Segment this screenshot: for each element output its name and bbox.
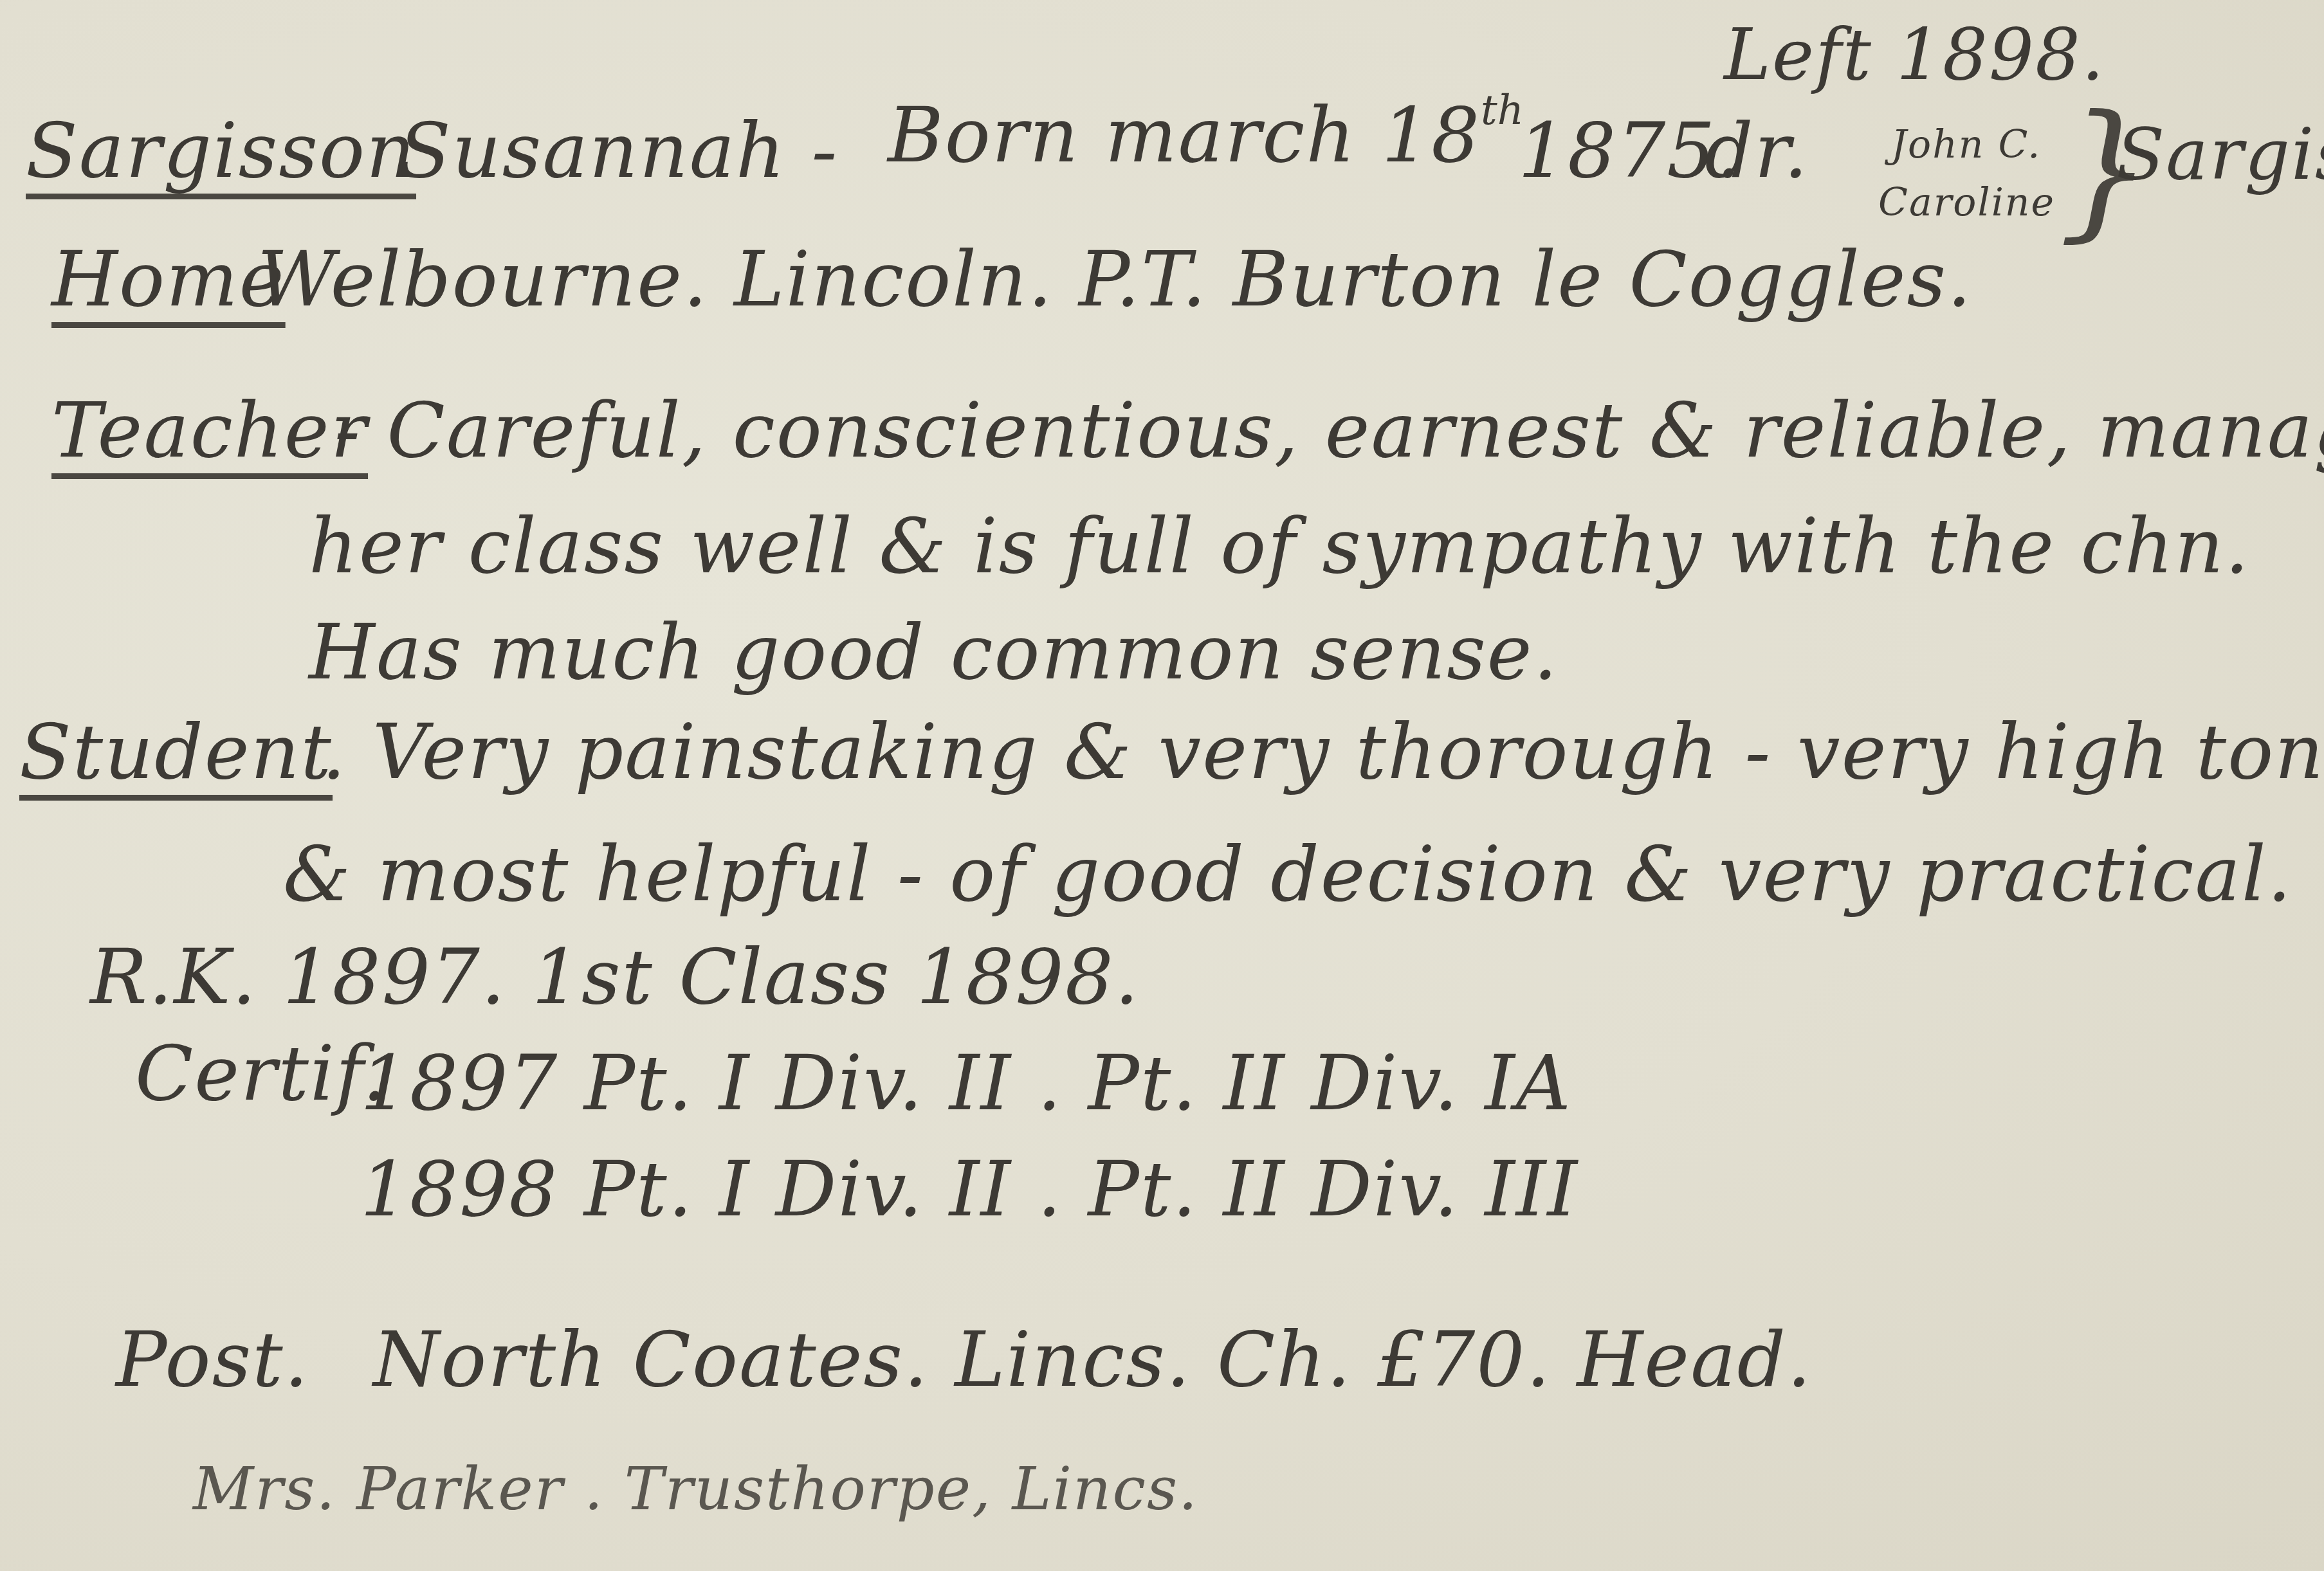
mother-name: Caroline: [1878, 183, 2055, 222]
footer-note: Mrs. Parker . Trusthorpe, Lincs.: [193, 1460, 1198, 1519]
teacher-remark-line-2: her class well & is full of sympathy wit…: [309, 508, 2250, 584]
father-name: John C.: [1891, 125, 2041, 164]
teacher-label: Teacher: [51, 392, 368, 468]
home-label: Home: [51, 241, 286, 317]
cert-part-2: Pt. II: [1088, 1039, 1286, 1127]
left-date-note: Left 1898.: [1724, 19, 2105, 90]
birth-label: Born march 18: [888, 91, 1481, 179]
cert-part-2: Pt. II: [1088, 1145, 1286, 1233]
daughter-of-label: dr.: [1705, 113, 1809, 188]
cert-division-2: Div. III: [1311, 1145, 1578, 1233]
forename: Susannah -: [399, 113, 838, 188]
cert-part-1: Pt. I: [584, 1039, 750, 1127]
father-initial: C.: [1999, 122, 2042, 167]
cert-row-1897: 1897 Pt. I Div. II . Pt. II Div. IA: [360, 1045, 1572, 1121]
cert-year: 1898: [360, 1145, 558, 1233]
student-remark-line-1: . Very painstaking & very thorough - ver…: [322, 714, 2324, 790]
cert-year: 1897: [360, 1039, 558, 1127]
cert-division-2: Div. IA: [1311, 1039, 1572, 1127]
cert-division-1: Div. II: [776, 1145, 1012, 1233]
teacher-remark-line-1: - Careful, conscientious, earnest & reli…: [334, 392, 2324, 468]
post-details: North Coates. Lincs. Ch. £70. Head.: [373, 1321, 1813, 1397]
student-remark-line-2: & most helpful - of good decision & very…: [283, 836, 2292, 912]
surname-heading: Sargisson: [26, 113, 416, 188]
teacher-remark-line-3: Has much good common sense.: [309, 614, 1559, 690]
parents-surname: Sargisson: [2116, 119, 2324, 190]
certificate-label: Certif.: [135, 1035, 388, 1111]
cert-part-1: Pt. I: [584, 1145, 750, 1233]
student-label: Student: [19, 714, 333, 790]
rk-exam-result: R.K. 1897. 1st Class 1898.: [90, 939, 1140, 1015]
record-card-page: Left 1898. Sargisson Susannah - Born mar…: [0, 0, 2324, 1571]
cert-division-1: Div. II: [776, 1039, 1012, 1127]
post-label: Post.: [116, 1321, 309, 1397]
cert-row-1898: 1898 Pt. I Div. II . Pt. II Div. III: [360, 1151, 1578, 1227]
birth-suffix: th: [1481, 87, 1524, 134]
home-address: Welbourne. Lincoln. P.T. Burton le Coggl…: [257, 241, 1973, 317]
father-forename: John: [1891, 122, 1984, 167]
birth-date: Born march 18th: [888, 90, 1524, 173]
